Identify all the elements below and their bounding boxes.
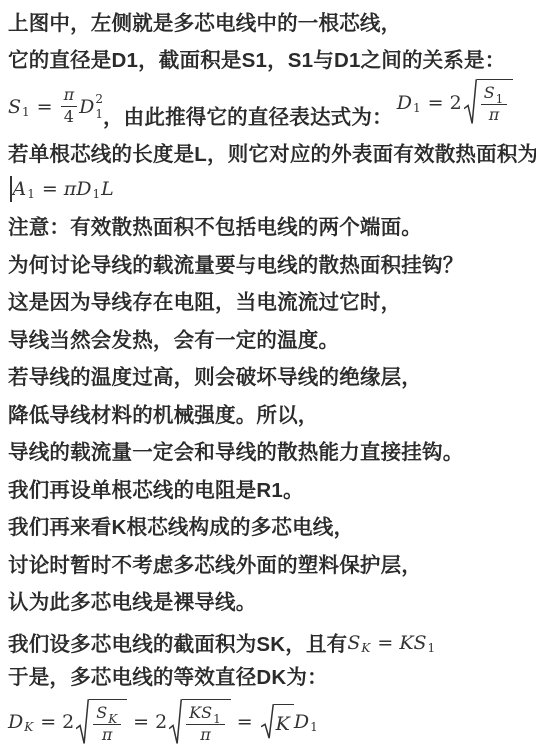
mixed-text-formula-row: 我们设多芯电线的截面积为SK，且有 SK = K S1 <box>8 619 534 657</box>
math-subscript: 1 <box>496 92 504 106</box>
equals-sign: = <box>37 96 53 118</box>
paragraph-line: 讨论时暂时不考虑多芯线外面的塑料保护层， <box>8 544 534 582</box>
math-token: D <box>397 92 412 114</box>
math-subscript: 1 <box>213 712 221 726</box>
math-token: S <box>96 703 107 722</box>
paragraph-line: 导线当然会发热，会有一定的温度。 <box>8 319 534 357</box>
formula-d1-expression: D1 = 2 S1 π <box>397 79 514 126</box>
square-root: SK π <box>76 699 127 746</box>
fraction-ks1-over-pi: KS1 π <box>186 703 225 746</box>
radicand: KS1 π <box>182 699 231 746</box>
math-subscript: 1 <box>428 641 436 655</box>
math-subscript: K <box>108 712 117 726</box>
math-token: L <box>101 178 114 200</box>
equals-sign: = <box>377 632 393 654</box>
radical-sign-icon <box>464 79 477 126</box>
paragraph-fragment: ，由此推得它的直径表达式为： <box>103 100 393 130</box>
equals-sign: = <box>133 711 149 733</box>
math-sup-sub-stack: 2 1 <box>95 92 103 121</box>
formula-row-dk: DK = 2 SK π = 2 <box>8 696 534 748</box>
paragraph-line: 若单根芯线的长度是L，则它对应的外表面有效散热面积为： <box>8 133 534 171</box>
math-token: D <box>76 178 91 200</box>
equals-sign: = <box>428 92 444 114</box>
math-superscript: 2 <box>95 92 103 106</box>
math-subscript: 1 <box>27 187 35 201</box>
math-token: 2 <box>155 711 167 733</box>
paragraph-line: 上图中，左侧就是多芯电线中的一根芯线， <box>8 2 534 40</box>
paragraph-line: 它的直径是D1，截面积是S1，S1与D1之间的关系是： <box>8 40 534 78</box>
paragraph-line: 于是，多芯电线的等效直径DK为： <box>8 657 534 695</box>
formula-a1-definition: A1 = π D1 L <box>13 178 114 200</box>
fraction-pi-over-4: π 4 <box>61 85 78 128</box>
radical-sign-icon <box>76 699 89 746</box>
equals-sign: = <box>40 711 56 733</box>
math-token: A <box>13 178 27 200</box>
radical-sign-icon <box>169 699 182 746</box>
math-token: KS <box>189 703 212 722</box>
paragraph-line: 注意：有效散热面积不包括电线的两个端面。 <box>8 207 534 245</box>
square-root: S1 π <box>464 79 514 126</box>
math-token: π <box>93 724 121 746</box>
paragraph-line: 我们再来看K根芯线构成的多芯电线， <box>8 507 534 545</box>
math-token: π <box>64 178 77 200</box>
fraction-numerator: S1 <box>481 83 508 104</box>
paragraph-line: 降低导线材料的机械强度。所以， <box>8 394 534 432</box>
math-subscript: 1 <box>413 101 421 115</box>
equals-sign: = <box>42 178 58 200</box>
math-subscript: 1 <box>22 105 30 119</box>
paragraph-line: 这是因为导线存在电阻，当电流流过它时， <box>8 282 534 320</box>
math-token: S <box>347 632 360 654</box>
paragraph-line: 为何讨论导线的载流量要与电线的散热面积挂钩？ <box>8 244 534 282</box>
math-token: 2 <box>62 711 74 733</box>
fraction-sk-over-pi: SK π <box>93 703 121 746</box>
formula-dk-expression: DK = 2 SK π = 2 <box>8 699 319 746</box>
math-token: S <box>414 632 427 654</box>
paragraph-line: 若导线的温度过高，则会破坏导线的绝缘层， <box>8 357 534 395</box>
math-token: K <box>399 632 413 654</box>
math-token: 2 <box>450 92 462 114</box>
radicand: SK π <box>89 699 127 746</box>
math-token: D <box>8 711 23 733</box>
math-token: S <box>8 96 21 118</box>
math-subscript: 1 <box>95 107 103 121</box>
math-token: S <box>484 83 495 102</box>
fraction-s1-over-pi: S1 π <box>481 83 508 126</box>
math-subscript: 1 <box>310 720 318 734</box>
math-token: π <box>186 724 225 746</box>
math-token: π <box>61 85 78 106</box>
fraction-numerator: SK <box>93 703 121 724</box>
equals-sign: = <box>237 711 253 733</box>
math-subscript: K <box>24 720 33 734</box>
text-cursor <box>10 176 12 202</box>
fraction-numerator: KS1 <box>186 703 225 724</box>
math-subscript: K <box>361 641 370 655</box>
paragraph-line: 认为此多芯电线是裸导线。 <box>8 582 534 620</box>
math-token: 4 <box>61 106 78 128</box>
math-subscript: 1 <box>93 187 101 201</box>
radicand: S1 π <box>477 79 514 126</box>
radicand: K <box>274 704 294 740</box>
math-token: D <box>294 711 309 733</box>
radical-sign-icon <box>261 704 274 740</box>
article-page: 上图中，左侧就是多芯电线中的一根芯线， 它的直径是D1，截面积是S1，S1与D1… <box>0 0 536 751</box>
formula-row-a1: A1 = π D1 L <box>8 171 534 207</box>
formula-s1-definition: S1 = π 4 D 2 1 <box>8 85 103 128</box>
math-token: π <box>481 104 508 126</box>
math-token: D <box>79 96 94 118</box>
paragraph-line: 我们再设单根芯线的电阻是R1。 <box>8 469 534 507</box>
paragraph-line: 导线的载流量一定会和导线的散热能力直接挂钩。 <box>8 432 534 470</box>
square-root: KS1 π <box>169 699 231 746</box>
square-root: K <box>261 704 294 740</box>
paragraph-fragment: 我们设多芯电线的截面积为SK，且有 <box>8 627 347 657</box>
mixed-text-formula-row: S1 = π 4 D 2 1 ，由此推得它的直径表达式为： D1 = 2 <box>8 77 534 133</box>
math-token: K <box>276 713 290 735</box>
formula-sk-definition: SK = K S1 <box>347 632 436 654</box>
